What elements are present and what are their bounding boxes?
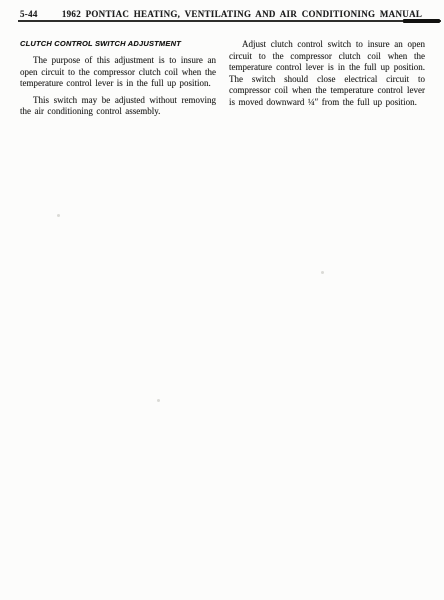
header-rule [18,20,441,22]
scan-speck [157,399,160,402]
header-rule-bold-segment [403,19,440,23]
section-heading: CLUTCH CONTROL SWITCH ADJUSTMENT [20,39,216,49]
page-number: 5-44 [20,9,38,20]
manual-page: 5-44 1962 PONTIAC HEATING, VENTILATING A… [0,0,444,600]
scan-speck [321,271,324,274]
paragraph: Adjust clutch control switch to insure a… [229,39,425,108]
right-column: Adjust clutch control switch to insure a… [229,39,425,123]
left-column: CLUTCH CONTROL SWITCH ADJUSTMENT The pur… [20,39,216,123]
text-columns: CLUTCH CONTROL SWITCH ADJUSTMENT The pur… [20,39,425,123]
paragraph: This switch may be adjusted without remo… [20,95,216,118]
page-title: 1962 PONTIAC HEATING, VENTILATING AND AI… [54,9,430,20]
paragraph: The purpose of this adjustment is to ins… [20,55,216,90]
scan-speck [57,214,60,217]
